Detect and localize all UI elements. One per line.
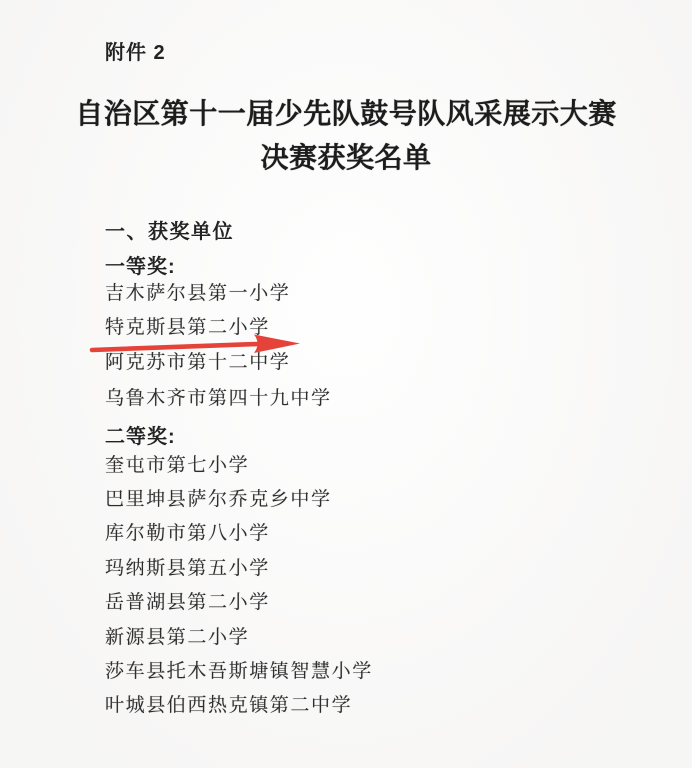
list-item-school: 新源县第二小学 [105, 627, 249, 649]
second-prize-label: 二等奖: [105, 420, 176, 449]
list-item-school: 吉木萨尔县第一小学 [105, 283, 290, 305]
list-item-school-highlighted: 特克斯县第二小学 [105, 317, 270, 339]
attachment-label: 附件 2 [105, 36, 166, 65]
list-item-school: 玛纳斯县第五小学 [105, 558, 270, 580]
list-item-school: 莎车县托木吾斯塘镇智慧小学 [105, 661, 373, 683]
document-title-line1: 自治区第十一届少先队鼓号队风采展示大赛 [0, 99, 692, 131]
scanned-document-page: 附件 2 自治区第十一届少先队鼓号队风采展示大赛 决赛获奖名单 一、获奖单位 一… [0, 0, 692, 768]
list-item-school: 库尔勒市第八小学 [105, 523, 270, 545]
list-item-school: 乌鲁木齐市第四十九中学 [105, 388, 332, 410]
section-heading-award-units: 一、获奖单位 [105, 215, 234, 244]
list-item-school: 叶城县伯西热克镇第二中学 [105, 695, 352, 717]
first-prize-label: 一等奖: [105, 250, 176, 279]
document-title-line2: 决赛获奖名单 [0, 143, 692, 175]
list-item-school: 巴里坤县萨尔乔克乡中学 [105, 489, 332, 511]
list-item-school: 岳普湖县第二小学 [105, 592, 270, 614]
list-item-school: 奎屯市第七小学 [105, 455, 249, 477]
list-item-school: 阿克苏市第十二中学 [105, 352, 290, 374]
